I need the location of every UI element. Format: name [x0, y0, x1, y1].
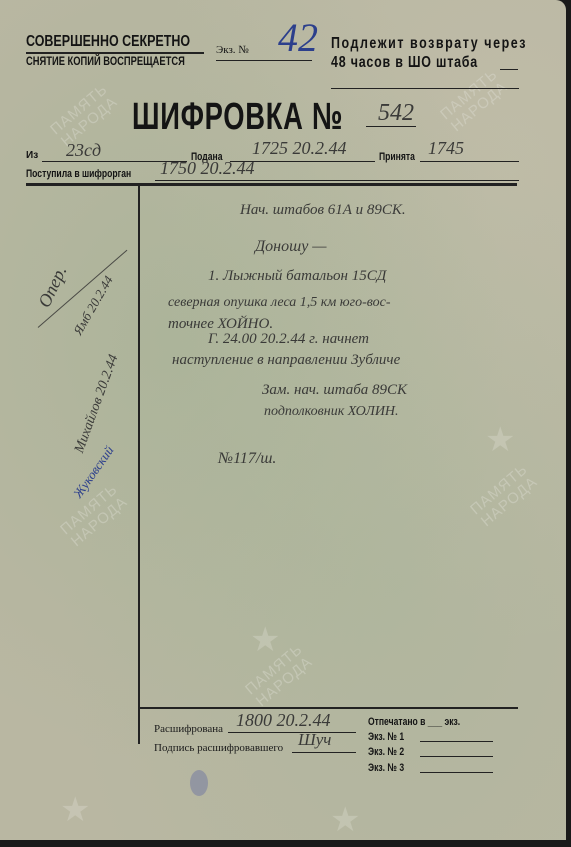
return-notice-line1: Подлежит возврату через — [331, 35, 527, 53]
star-watermark-icon: ★ — [330, 800, 360, 840]
signature-underline — [292, 752, 356, 753]
arrived-underline — [155, 180, 519, 181]
received-value: 1745 — [428, 138, 464, 159]
cipher-number: 542 — [378, 100, 414, 127]
copy-1-label: Экз. № 1 — [368, 731, 404, 743]
arrived-value: 1750 20.2.44 — [160, 158, 255, 179]
body-line-1: 1. Лыжный батальон 15СД — [208, 268, 386, 285]
margin-note-2: Ямб 20.2.44 — [70, 273, 117, 338]
star-watermark-icon: ★ — [250, 620, 280, 660]
body-bottom-border — [138, 707, 518, 709]
watermark: ПАМЯТЬНАРОДА — [438, 67, 512, 136]
reference-number: №117/ш. — [218, 450, 276, 468]
signature-name: подполковник ХОЛИН. — [264, 404, 399, 420]
from-value: 23сд — [66, 140, 101, 161]
no-copies-label: СНЯТИЕ КОПИЙ ВОСПРЕЩАЕТСЯ — [26, 54, 185, 68]
divider — [331, 88, 519, 89]
copy-3-label: Экз. № 3 — [368, 762, 404, 774]
copy-2-label: Экз. № 2 — [368, 746, 404, 758]
decryptor-signature-label: Подпись расшифровавшего — [154, 742, 283, 754]
copy-1-underline — [420, 741, 493, 742]
ink-stain — [190, 770, 208, 796]
from-label: Из — [26, 150, 38, 161]
return-notice-line2: 48 часов в ШО штаба — [331, 54, 478, 72]
decryptor-signature: Шуч — [298, 730, 331, 750]
copy-number-label: Экз. № — [216, 44, 249, 56]
copy-number-value: 42 — [278, 14, 318, 61]
decrypted-value: 1800 20.2.44 — [236, 710, 331, 731]
star-watermark-icon: ★ — [485, 420, 515, 460]
received-label: Принята — [379, 151, 415, 163]
copy-3-underline — [420, 772, 493, 773]
divider — [366, 126, 416, 127]
printed-copies-label: Отпечатано в ___ экз. — [368, 716, 460, 728]
header-rule — [26, 183, 517, 186]
signature-title: Зам. нач. штаба 89СК — [262, 382, 407, 399]
report-opening: Доношу — — [255, 238, 327, 256]
divider — [500, 69, 518, 70]
arrived-label: Поступила в шифрорган — [26, 168, 131, 180]
decrypted-label: Расшифрована — [154, 723, 223, 735]
body-line-2: северная опушка леса 1,5 км юго-вос- — [168, 295, 391, 311]
received-underline — [420, 161, 519, 162]
addressee: Нач. штабов 61А и 89СК. — [240, 202, 406, 219]
secrecy-label: СОВЕРШЕННО СЕКРЕТНО — [26, 33, 190, 51]
submitted-value: 1725 20.2.44 — [252, 138, 347, 159]
body-line-5: наступление в направлении Зубличе — [172, 352, 400, 369]
margin-note-3: Михайлов 20.2.44 — [72, 353, 122, 456]
body-line-4: Г. 24.00 20.2.44 г. начнет — [208, 331, 369, 348]
document-title: ШИФРОВКА № — [132, 96, 343, 139]
decrypted-underline — [228, 732, 356, 733]
body-left-border — [138, 186, 140, 744]
copy-2-underline — [420, 756, 493, 757]
watermark: ПАМЯТЬНАРОДА — [468, 462, 542, 531]
star-watermark-icon: ★ — [60, 790, 90, 830]
cipher-telegram-document: ПАМЯТЬНАРОДА ПАМЯТЬНАРОДА ПАМЯТЬНАРОДА П… — [0, 0, 566, 840]
